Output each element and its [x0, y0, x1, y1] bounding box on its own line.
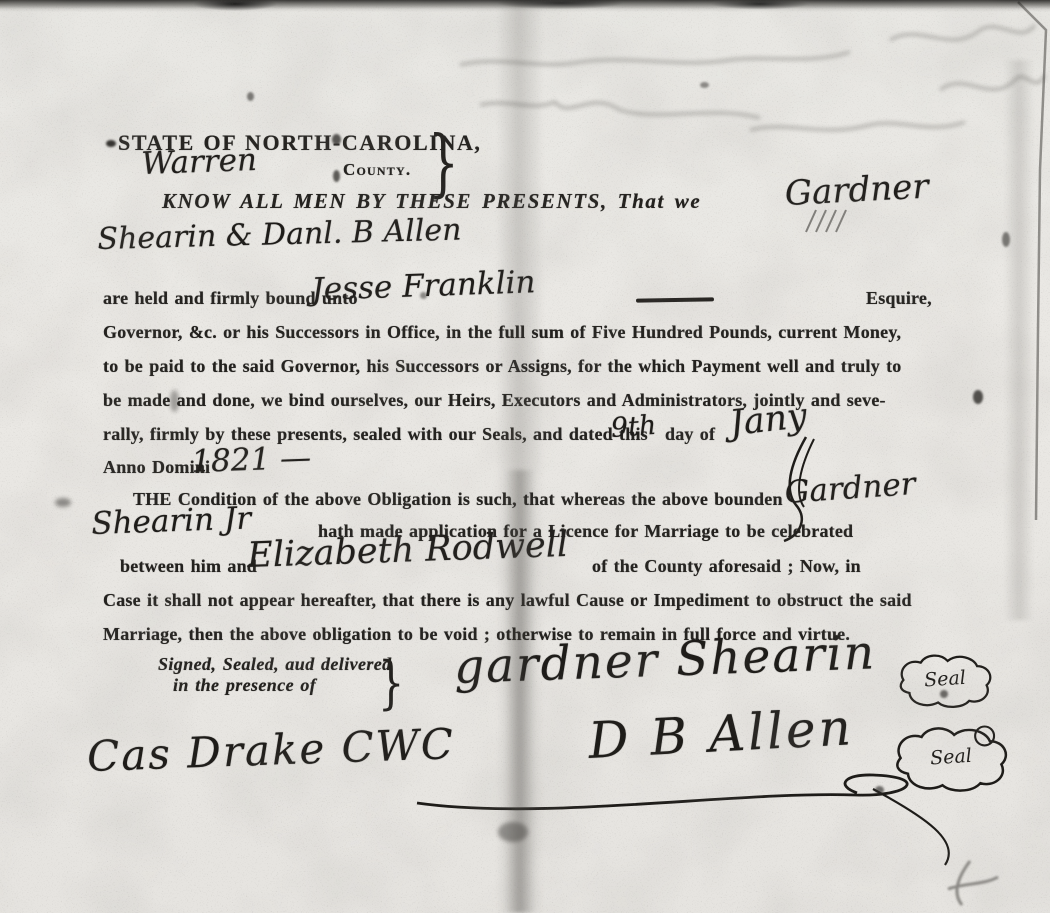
attestation-line1: Signed, Sealed, aud delivered — [158, 654, 392, 675]
attestation-line2: in the presence of — [173, 675, 316, 696]
ink-bleedthrough-marks — [420, 10, 1050, 150]
condition-line3-pre: between him and — [120, 556, 257, 577]
obligation-line5-mid: day of — [665, 424, 715, 445]
county-label: County. — [343, 160, 411, 180]
county-name-handwritten: Warren — [141, 142, 258, 182]
obligation-line1-post: Esquire, — [866, 288, 932, 309]
paper-speck — [247, 92, 254, 101]
bounden-surname-handwritten: Shearin Jr — [91, 500, 252, 542]
principal-name-handwritten: Gardner — [784, 167, 930, 214]
year-handwritten: 1821 — — [191, 440, 312, 480]
paper-speck — [333, 170, 340, 182]
know-all-men-line: KNOW ALL MEN BY THESE PRESENTS, That we — [162, 189, 701, 214]
attestation-brace: } — [378, 648, 404, 716]
scan-top-edge-shadow — [0, 0, 1050, 12]
paper-speck — [1002, 232, 1010, 247]
month-handwritten: Jany — [728, 396, 809, 444]
signature-principal2: D B Allen — [587, 698, 855, 770]
paper-speck — [875, 786, 884, 794]
governor-name-handwritten: Jesse Franklin — [311, 264, 536, 308]
handwritten-dash — [636, 297, 714, 302]
paper-speck — [700, 82, 709, 88]
principals-line2-handwritten: Shearin & Danl. B Allen — [97, 212, 462, 257]
paper-speck — [973, 390, 983, 404]
right-paper-edge — [1000, 0, 1050, 540]
center-fold-line — [496, 0, 544, 913]
condition-line3-post: of the County aforesaid ; Now, in — [592, 556, 861, 577]
bottom-bleedthrough-mark — [940, 855, 1010, 913]
right-fold-line — [1004, 60, 1034, 620]
obligation-line5-pre: rally, firmly by these presents, sealed … — [103, 424, 648, 445]
seal-stamp-1: Seal — [893, 650, 997, 710]
signature-witness: Cas Drake CWC — [86, 719, 455, 781]
obligation-line3: to be paid to the said Governor, his Suc… — [103, 356, 902, 377]
bounden-name-handwritten: Gardner — [783, 466, 916, 511]
paper-smudge — [498, 822, 528, 842]
condition-line4: Case it shall not appear hereafter, that… — [103, 590, 912, 611]
day-number-handwritten: 9th — [610, 410, 657, 444]
scanned-marriage-bond-document: STATE OF NORTH-CAROLINA, } Warren County… — [0, 0, 1050, 913]
obligation-line2: Governor, &c. or his Successors in Offic… — [103, 322, 901, 343]
paper-speck — [106, 140, 116, 147]
bride-name-handwritten: Elizabeth Rodwell — [247, 525, 569, 576]
paper-speck — [55, 498, 71, 507]
seal-stamp-2: Seal — [888, 720, 1014, 796]
